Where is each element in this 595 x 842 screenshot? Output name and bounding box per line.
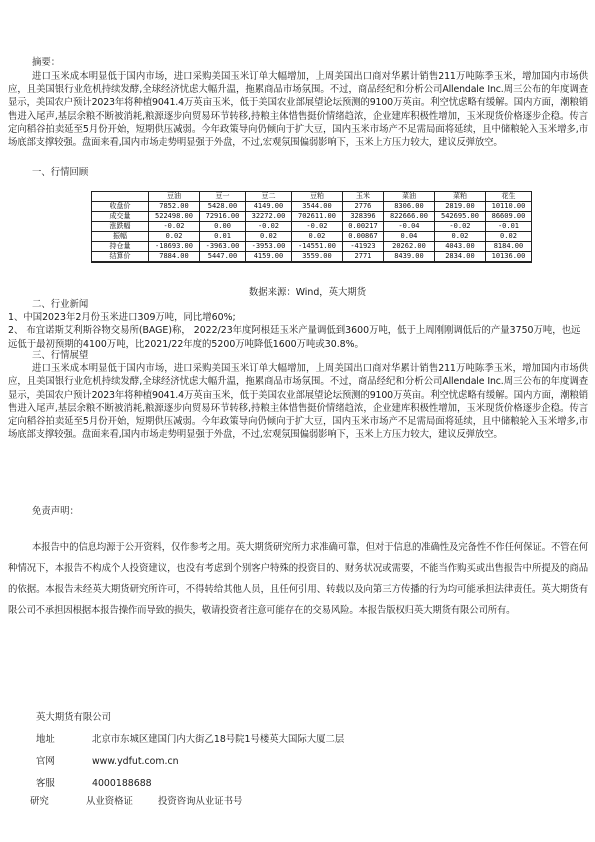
table-header-cell: 豆粕 [291, 192, 342, 202]
row-label: 振幅 [92, 232, 149, 242]
service-phone: 4000188688 [92, 778, 152, 789]
table-row: 收盘价 7852.00 5428.00 4149.00 3544.00 2776… [92, 202, 532, 212]
address-value: 北京市东城区建国门内大街乙18号院1号楼英大国际大厦二层 [92, 734, 344, 745]
table-cell: -14551.00 [291, 242, 342, 252]
table-cell: 822666.00 [383, 212, 434, 222]
row-label: 成交量 [92, 212, 149, 222]
table-cell: -0.02 [291, 222, 342, 232]
row-label: 持仓量 [92, 242, 149, 252]
table-cell: 72916.00 [200, 212, 246, 222]
table-cell: 0.02 [291, 232, 342, 242]
table-cell: 0.02 [149, 232, 200, 242]
summary-body: 进口玉米成本明显低于国内市场，进口采购美国玉米订单大幅增加，上周美国出口商对华累… [8, 70, 588, 149]
service-label: 客服 [36, 777, 92, 790]
table-cell: 8306.00 [383, 202, 434, 212]
table-cell: -0.04 [383, 222, 434, 232]
contact-address: 地址北京市东城区建国门内大街乙18号院1号楼英大国际大厦二层 [36, 733, 344, 746]
table-cell: 3544.00 [291, 202, 342, 212]
news-item: 1、中国2023年2月份玉米进口309万吨，同比增60%; [8, 311, 588, 324]
table-cell: -3963.00 [200, 242, 246, 252]
contact-website: 官网www.ydfut.com.cn [36, 755, 179, 768]
table-cell: 0.00217 [342, 222, 383, 232]
table-row: 持仓量 -18693.00 -3963.00 -3953.00 -14551.0… [92, 242, 532, 252]
table-cell: 542695.00 [434, 212, 485, 222]
table-cell: 7852.00 [149, 202, 200, 212]
table-cell: 0.00 [200, 222, 246, 232]
table-cell: 4159.00 [245, 252, 291, 263]
research-label: 研究 [30, 795, 86, 808]
table-cell: 2771 [342, 252, 383, 263]
table-row: 结算价 7884.00 5447.00 4159.00 3559.00 2771… [92, 252, 532, 263]
section-outlook-title: 三、行情展望 [8, 349, 588, 362]
table-cell: 10136.00 [485, 252, 531, 263]
table-cell: -41923 [342, 242, 383, 252]
table-cell: 0.02 [434, 232, 485, 242]
news-item: 2、 布宜诺斯艾利斯谷物交易所(BAGE)称， 2022/23年度阿根廷玉米产量… [8, 324, 588, 350]
table-cell: -0.02 [149, 222, 200, 232]
table-cell: 522498.00 [149, 212, 200, 222]
table-header-cell: 花生 [485, 192, 531, 202]
research-credentials-row: 研究从业资格证投资咨询从业证书号 [30, 795, 242, 808]
table-cell: 328396 [342, 212, 383, 222]
table-cell: -18693.00 [149, 242, 200, 252]
table-cell: 0.00867 [342, 232, 383, 242]
table-row: 成交量 522498.00 72916.00 32272.00 702611.0… [92, 212, 532, 222]
table-cell: -3953.00 [245, 242, 291, 252]
summary-label: 摘要： [8, 56, 595, 69]
table-cell: 2776 [342, 202, 383, 212]
table-cell: 702611.00 [291, 212, 342, 222]
consult-cert-label: 投资咨询从业证书号 [158, 795, 242, 808]
table-header-cell: 豆二 [245, 192, 291, 202]
row-label: 结算价 [92, 252, 149, 263]
disclaimer-label: 免责声明： [8, 505, 595, 518]
table-cell: 0.04 [383, 232, 434, 242]
website-link[interactable]: www.ydfut.com.cn [92, 756, 179, 767]
outlook-body: 进口玉米成本明显低于国内市场，进口采购美国玉米订单大幅增加，上周美国出口商对华累… [8, 362, 588, 441]
report-page: 摘要： 进口玉米成本明显低于国内市场，进口采购美国玉米订单大幅增加，上周美国出口… [0, 0, 595, 842]
table-header-row: 豆油 豆一 豆二 豆粕 玉米 菜油 菜粕 花生 [92, 192, 532, 202]
table-cell: 5428.00 [200, 202, 246, 212]
row-label: 涨跌幅 [92, 222, 149, 232]
table-cell: 4149.00 [245, 202, 291, 212]
table-cell: -0.01 [485, 222, 531, 232]
table-cell: 5447.00 [200, 252, 246, 263]
cert-label: 从业资格证 [86, 795, 158, 808]
website-label: 官网 [36, 755, 92, 768]
company-name: 英大期货有限公司 [36, 711, 595, 724]
section-market-review-title: 一、行情回顾 [8, 166, 595, 179]
table-cell: 86609.00 [485, 212, 531, 222]
table-cell: 8439.00 [383, 252, 434, 263]
table-cell: 2819.00 [434, 202, 485, 212]
table-cell: 4043.00 [434, 242, 485, 252]
address-label: 地址 [36, 733, 92, 746]
table-cell: 0.02 [485, 232, 531, 242]
disclaimer-body: 本报告中的信息均源于公开资料，仅作参考之用。英大期货研究所力求准确可靠，但对于信… [8, 537, 588, 621]
row-label: 收盘价 [92, 202, 149, 212]
table-header-cell: 菜粕 [434, 192, 485, 202]
table-header-cell [92, 192, 149, 202]
market-quotes-table: 豆油 豆一 豆二 豆粕 玉米 菜油 菜粕 花生 收盘价 7852.00 5428… [91, 191, 532, 263]
table-cell: 7884.00 [149, 252, 200, 263]
section-industry-news: 二、行业新闻 1、中国2023年2月份玉米进口309万吨，同比增60%; 2、 … [8, 298, 588, 351]
table-header-cell: 豆一 [200, 192, 246, 202]
table-cell: 10110.00 [485, 202, 531, 212]
table-cell: 8184.00 [485, 242, 531, 252]
table-row: 振幅 0.02 0.01 0.02 0.02 0.00867 0.04 0.02… [92, 232, 532, 242]
table-cell: -0.02 [434, 222, 485, 232]
table-cell: 20262.00 [383, 242, 434, 252]
table-header-cell: 菜油 [383, 192, 434, 202]
table-cell: 0.01 [200, 232, 246, 242]
section-outlook: 三、行情展望 进口玉米成本明显低于国内市场，进口采购美国玉米订单大幅增加，上周美… [8, 349, 588, 441]
table-cell: 32272.00 [245, 212, 291, 222]
table-cell: 0.02 [245, 232, 291, 242]
section-industry-news-title: 二、行业新闻 [8, 298, 588, 311]
table-cell: 2834.00 [434, 252, 485, 263]
table-header-cell: 玉米 [342, 192, 383, 202]
table-row: 涨跌幅 -0.02 0.00 -0.02 -0.02 0.00217 -0.04… [92, 222, 532, 232]
table-cell: 3559.00 [291, 252, 342, 263]
contact-service: 客服4000188688 [36, 777, 152, 790]
table-cell: -0.02 [245, 222, 291, 232]
table-header-cell: 豆油 [149, 192, 200, 202]
